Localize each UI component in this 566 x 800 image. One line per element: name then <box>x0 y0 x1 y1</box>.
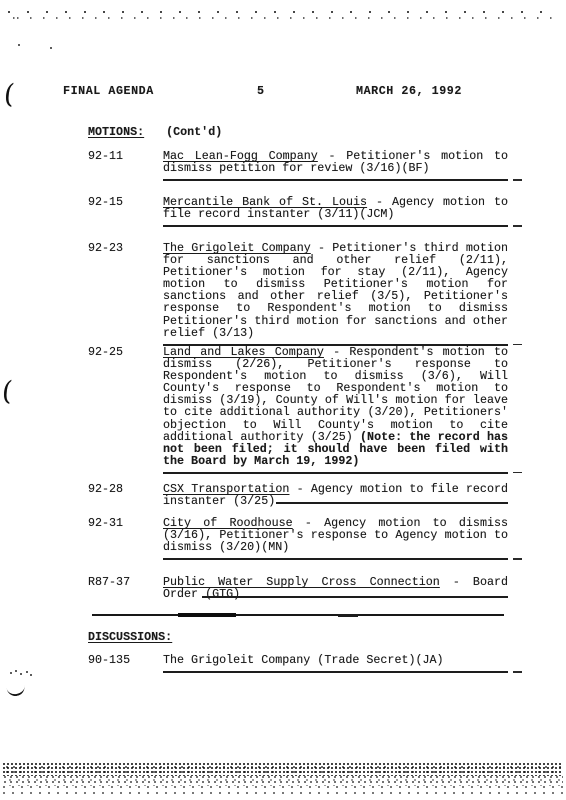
ruled-line <box>163 225 508 227</box>
scan-speck <box>30 674 32 676</box>
scan-speck <box>26 671 28 673</box>
scan-speck <box>18 44 20 46</box>
item-text: Mercantile Bank of St. Louis - Agency mo… <box>163 196 508 227</box>
discussions-heading-label: DISCUSSIONS: <box>88 630 172 644</box>
item-text: Land and Lakes Company - Respondent's mo… <box>163 346 508 474</box>
ruled-line <box>163 671 508 673</box>
ruled-line <box>163 558 508 560</box>
scan-speck <box>15 670 17 672</box>
scan-noise-bottom <box>3 776 563 786</box>
docket-number: 90-135 <box>88 654 163 673</box>
docket-number: 92-28 <box>88 483 163 507</box>
motion-description: - Petitioner's third motion for sanction… <box>163 241 508 340</box>
ruled-line <box>163 179 508 181</box>
ruled-line <box>276 502 508 504</box>
motions-contd-label: (Cont'd) <box>166 125 222 139</box>
item-text: City of Roodhouse - Agency motion to dis… <box>163 517 508 560</box>
docket-number: 92-25 <box>88 346 163 474</box>
scan-speck <box>10 672 12 674</box>
scan-noise-top <box>8 9 558 20</box>
item-text: The Grigoleit Company - Petitioner's thi… <box>163 242 508 346</box>
page-number: 5 <box>257 84 265 98</box>
scan-noise-bottom <box>3 786 563 795</box>
margin-paren-mark: ( <box>1 379 14 406</box>
margin-paren-mark: ( <box>3 82 16 109</box>
docket-number: 92-11 <box>88 150 163 181</box>
ruled-line <box>202 596 508 598</box>
ruled-line <box>163 472 508 474</box>
scan-speck <box>50 47 52 49</box>
discussion-description: The Grigoleit Company (Trade Secret)(JA) <box>163 653 444 667</box>
agenda-item-92-25: 92-25 Land and Lakes Company - Responden… <box>88 346 508 474</box>
scan-noise-bottom <box>3 763 563 776</box>
header-title: FINAL AGENDA <box>63 84 154 98</box>
scan-speck <box>20 673 22 675</box>
discussions-heading: DISCUSSIONS: <box>88 630 172 644</box>
docket-number: 92-15 <box>88 196 163 227</box>
section-divider <box>92 614 504 616</box>
document-page: ( ( FINAL AGENDA 5 MARCH 26, 1992 MOTION… <box>0 0 566 800</box>
item-text: The Grigoleit Company (Trade Secret)(JA) <box>163 654 508 673</box>
agenda-item-90-135: 90-135 The Grigoleit Company (Trade Secr… <box>88 654 508 673</box>
item-text: Mac Lean-Fogg Company - Petitioner's mot… <box>163 150 508 181</box>
margin-curve-mark <box>6 684 25 697</box>
agenda-item-92-23: 92-23 The Grigoleit Company - Petitioner… <box>88 242 508 346</box>
docket-number: 92-31 <box>88 517 163 560</box>
agenda-item-92-11: 92-11 Mac Lean-Fogg Company - Petitioner… <box>88 150 508 181</box>
agenda-item-92-31: 92-31 City of Roodhouse - Agency motion … <box>88 517 508 560</box>
header-date: MARCH 26, 1992 <box>356 84 462 98</box>
motions-heading-label: MOTIONS: <box>88 125 144 139</box>
docket-number: R87-37 <box>88 576 163 600</box>
docket-number: 92-23 <box>88 242 163 346</box>
motions-heading: MOTIONS:(Cont'd) <box>88 125 222 139</box>
agenda-item-92-15: 92-15 Mercantile Bank of St. Louis - Age… <box>88 196 508 227</box>
